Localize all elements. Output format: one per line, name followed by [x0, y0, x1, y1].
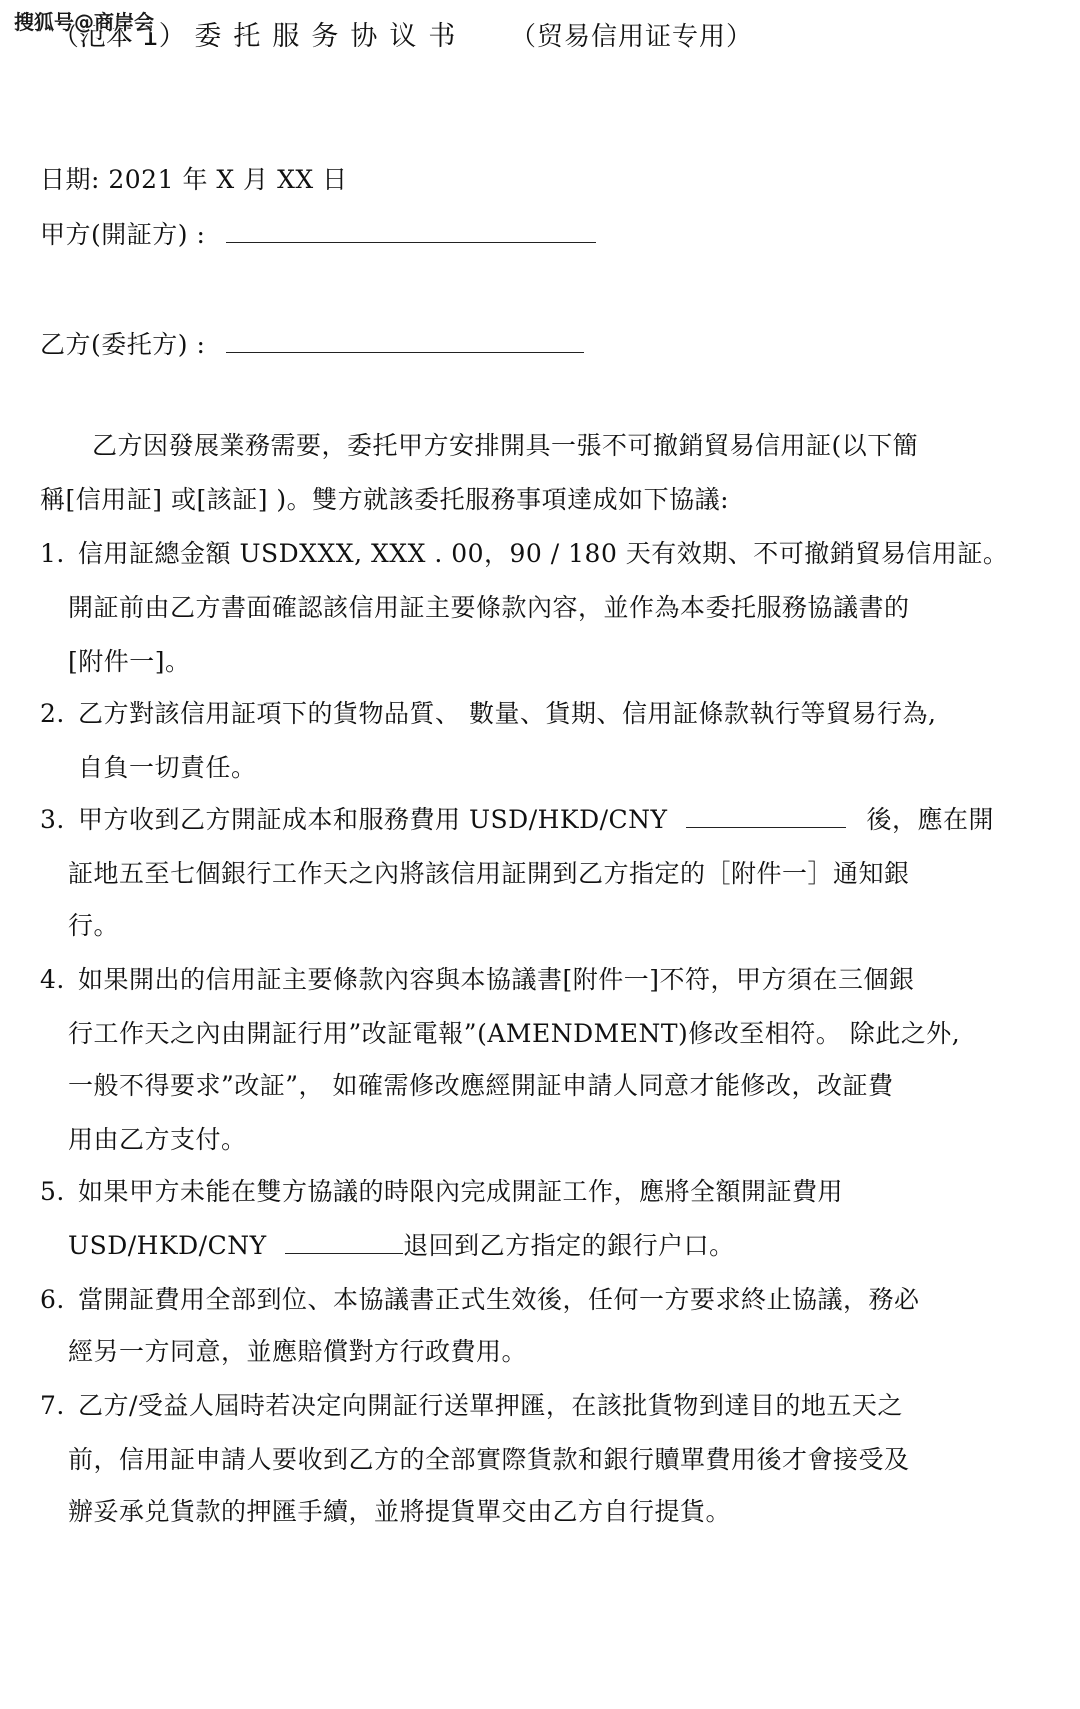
clause-text: 如果開出的信用証主要條款內容與本協議書[附件一]不符，甲方須在三個銀 — [78, 965, 915, 994]
clause-4-line-2: 行工作天之內由開証行用”改証電報”(AMENDMENT)修改至相符。 除此之外, — [68, 1014, 960, 1050]
clause-5-line-1: 5.如果甲方未能在雙方協議的時限內完成開証工作，應將全額開証費用 — [40, 1172, 843, 1208]
intro-line-2: 稱[信用証] 或[該証] )。雙方就該委托服務事項達成如下協議: — [40, 480, 729, 516]
clause-7-line-3: 辦妥承兑貨款的押匯手續，並將提貨單交由乙方自行提貨。 — [68, 1492, 731, 1528]
clause-text: 乙方對該信用証項下的貨物品質、 數量、貨期、信用証條款執行等貿易行為, — [78, 699, 936, 728]
party-b-field[interactable] — [226, 330, 584, 353]
clause-4-line-4: 用由乙方支付。 — [68, 1120, 247, 1156]
clause-text: 乙方/受益人屆時若决定向開証行送單押匯，在該批貨物到達目的地五天之 — [78, 1391, 903, 1420]
title-subtitle: （贸易信用证专用） — [510, 22, 753, 52]
refund-amount-field[interactable] — [285, 1231, 403, 1254]
party-a-label: 甲方(開証方) : — [40, 220, 205, 249]
document-title: （范本 1） 委托服务协议书 （贸易信用证专用） — [52, 14, 753, 53]
clause-3-line-2: 証地五至七個銀行工作天之內將該信用証開到乙方指定的［附件一］通知銀 — [68, 854, 910, 890]
party-a-line: 甲方(開証方) : — [40, 215, 596, 251]
clause-6-line-1: 6.當開証費用全部到位、本協議書正式生效後，任何一方要求終止協議，務必 — [40, 1280, 920, 1316]
watermark: 搜狐号@商岸会 — [14, 6, 154, 35]
clause-3-line-3: 行。 — [68, 906, 119, 942]
clause-number: 2. — [40, 699, 78, 728]
clause-6-line-2: 經另一方同意，並應賠償對方行政費用。 — [68, 1332, 527, 1368]
clause-number: 3. — [40, 805, 78, 834]
intro-line-1: 乙方因發展業務需要，委托甲方安排開具一張不可撤銷貿易信用証(以下簡 — [92, 426, 918, 462]
clause-number: 6. — [40, 1285, 78, 1314]
clause-text: 退回到乙方指定的銀行户口。 — [403, 1231, 735, 1260]
party-b-label: 乙方(委托方) : — [40, 330, 205, 359]
clause-text: 如果甲方未能在雙方協議的時限內完成開証工作，應將全額開証費用 — [78, 1177, 843, 1206]
fee-amount-field[interactable] — [686, 805, 846, 828]
clause-text: 當開証費用全部到位、本協議書正式生效後，任何一方要求終止協議，務必 — [78, 1285, 920, 1314]
clause-number: 5. — [40, 1177, 78, 1206]
title-main: 委托服务协议书 — [194, 21, 467, 52]
party-a-field[interactable] — [226, 220, 596, 243]
clause-4-line-1: 4.如果開出的信用証主要條款內容與本協議書[附件一]不符，甲方須在三個銀 — [40, 960, 915, 996]
clause-1-line-3: [附件一]。 — [68, 642, 191, 678]
clause-1-line-1: 1.信用証總金額 USDXXX, XXX . 00，90 / 180 天有效期、… — [40, 534, 1008, 570]
clause-2-line-2: 自負一切責任。 — [78, 748, 257, 784]
clause-5-line-2: USD/HKD/CNY 退回到乙方指定的銀行户口。 — [68, 1226, 735, 1262]
clause-text: 信用証總金額 USDXXX, XXX . 00，90 / 180 天有效期、不可… — [78, 539, 1008, 568]
party-b-line: 乙方(委托方) : — [40, 325, 584, 361]
clause-text: 甲方收到乙方開証成本和服務費用 USD/HKD/CNY — [78, 805, 668, 834]
clause-3-line-1: 3.甲方收到乙方開証成本和服務費用 USD/HKD/CNY 後，應在開 — [40, 800, 994, 836]
clause-number: 1. — [40, 539, 78, 568]
clause-number: 4. — [40, 965, 78, 994]
clause-7-line-1: 7.乙方/受益人屆時若决定向開証行送單押匯，在該批貨物到達目的地五天之 — [40, 1386, 903, 1422]
clause-7-line-2: 前，信用証申請人要收到乙方的全部實際貨款和銀行贖單費用後才會接受及 — [68, 1440, 910, 1476]
clause-text: USD/HKD/CNY — [68, 1231, 267, 1260]
clause-2-line-1: 2.乙方對該信用証項下的貨物品質、 數量、貨期、信用証條款執行等貿易行為, — [40, 694, 936, 730]
date-line: 日期: 2021 年 X 月 XX 日 — [40, 160, 348, 196]
clause-1-line-2: 開証前由乙方書面確認該信用証主要條款內容，並作為本委托服務協議書的 — [68, 588, 910, 624]
clause-text: 後，應在開 — [866, 805, 994, 834]
clause-number: 7. — [40, 1391, 78, 1420]
clause-4-line-3: 一般不得要求”改証”， 如確需修改應經開証申請人同意才能修改，改証費 — [68, 1066, 894, 1102]
